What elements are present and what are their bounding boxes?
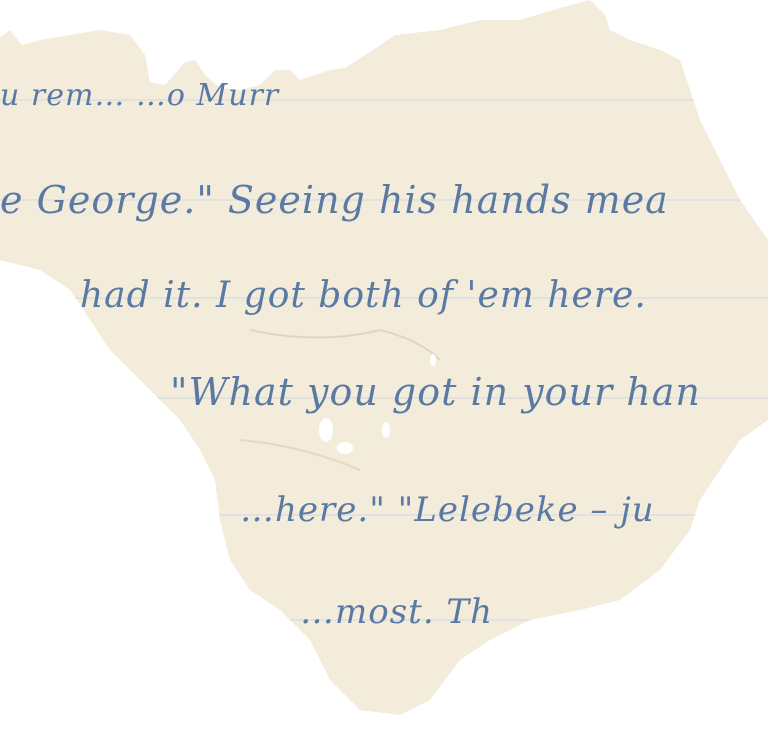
paper-hole [430,354,436,366]
paper-hole [319,418,333,442]
manuscript-line-4: "What you got in your han [170,370,701,414]
manuscript-line-5: …here." "Lelebeke – ju [240,490,655,530]
manuscript-line-6: …most. Th [300,592,493,632]
manuscript-canvas: u rem… …o Murr e George." Seeing his han… [0,0,768,735]
manuscript-line-2: e George." Seeing his hands mea [0,178,669,222]
paper-hole [337,442,353,454]
paper-hole [382,422,390,438]
manuscript-line-1: u rem… …o Murr [0,78,279,113]
manuscript-line-3: had it. I got both of 'em here. [80,275,647,316]
